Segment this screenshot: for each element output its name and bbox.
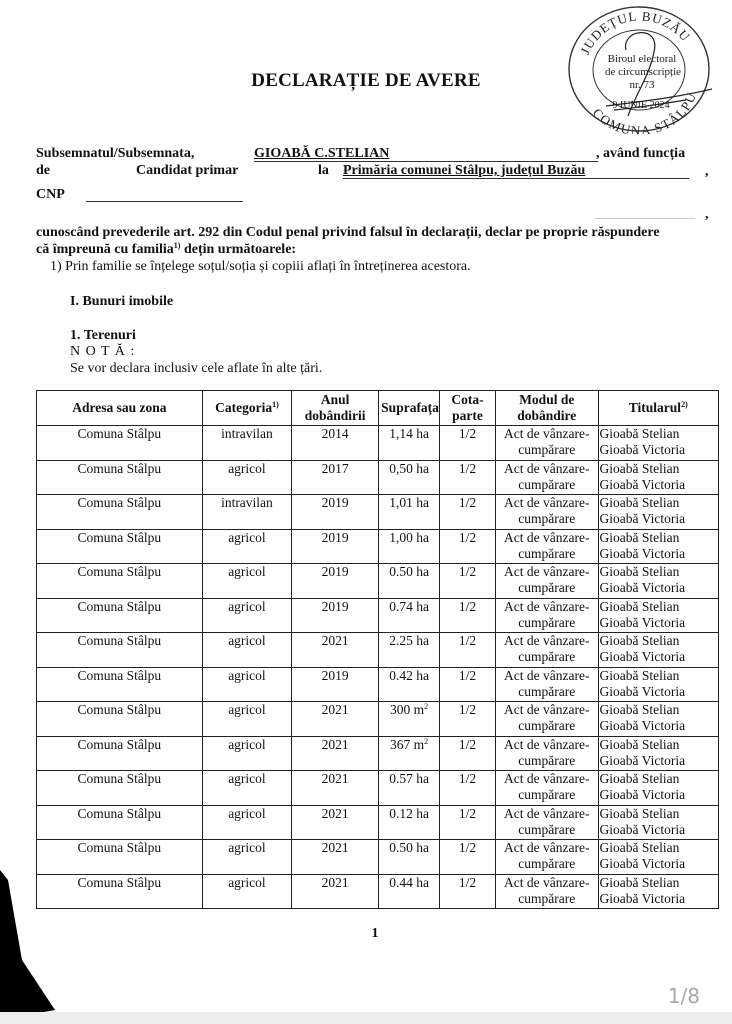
cell-cota: 1/2 — [439, 874, 495, 909]
column-header: Adresa sau zona — [37, 391, 203, 426]
column-header: Cota-parte — [439, 391, 495, 426]
cell-modul: Act de vânzare-cumpărare — [496, 495, 599, 530]
cell-titular: Gioabă StelianGioabă Victoria — [598, 495, 718, 530]
label-cnp: CNP — [36, 186, 65, 203]
cell-suprafata: 1,01 ha — [379, 495, 440, 530]
cell-titular: Gioabă StelianGioabă Victoria — [598, 667, 718, 702]
cell-suprafata: 367 m2 — [379, 736, 440, 771]
cell-cota: 1/2 — [439, 771, 495, 806]
cell-anul: 2021 — [292, 874, 379, 909]
cell-anul: 2017 — [292, 460, 379, 495]
cell-cota: 1/2 — [439, 702, 495, 737]
cell-categoria: agricol — [202, 840, 291, 875]
cell-adresa: Comuna Stâlpu — [37, 805, 203, 840]
statement-line2: că împreună cu familia1) dețin următoare… — [36, 241, 296, 258]
cell-modul: Act de vânzare-cumpărare — [496, 805, 599, 840]
viewer-bottom-bar — [0, 1012, 732, 1024]
table-row: Comuna Stâlpuagricol20210.12 ha1/2Act de… — [37, 805, 719, 840]
table-row: Comuna Stâlpuagricol20190.74 ha1/2Act de… — [37, 598, 719, 633]
cell-anul: 2019 — [292, 598, 379, 633]
cell-titular: Gioabă StelianGioabă Victoria — [598, 598, 718, 633]
page-indicator: 1/8 — [668, 984, 700, 1008]
label-de: de — [36, 162, 50, 179]
comma: , — [705, 163, 709, 180]
cell-modul: Act de vânzare-cumpărare — [496, 702, 599, 737]
cell-suprafata: 2.25 ha — [379, 633, 440, 668]
table-row: Comuna Stâlpuintravilan20141,14 ha1/2Act… — [37, 426, 719, 461]
table-row: Comuna Stâlpuagricol20190.42 ha1/2Act de… — [37, 667, 719, 702]
label-la: la — [318, 162, 329, 179]
cell-suprafata: 0.44 ha — [379, 874, 440, 909]
cell-categoria: agricol — [202, 874, 291, 909]
cell-titular: Gioabă StelianGioabă Victoria — [598, 564, 718, 599]
cell-anul: 2021 — [292, 702, 379, 737]
cell-cota: 1/2 — [439, 598, 495, 633]
cell-modul: Act de vânzare-cumpărare — [496, 736, 599, 771]
cell-categoria: agricol — [202, 667, 291, 702]
cell-cota: 1/2 — [439, 564, 495, 599]
stamp-line2: de circumscripție — [605, 66, 681, 78]
cell-suprafata: 1,14 ha — [379, 426, 440, 461]
cell-categoria: agricol — [202, 702, 291, 737]
cell-cota: 1/2 — [439, 460, 495, 495]
cell-titular: Gioabă StelianGioabă Victoria — [598, 702, 718, 737]
cell-adresa: Comuna Stâlpu — [37, 771, 203, 806]
cell-anul: 2021 — [292, 771, 379, 806]
column-header: Modul dedobândire — [496, 391, 599, 426]
cell-modul: Act de vânzare-cumpărare — [496, 874, 599, 909]
table-row: Comuna Stâlpuagricol20191,00 ha1/2Act de… — [37, 529, 719, 564]
table-row: Comuna Stâlpuagricol20190.50 ha1/2Act de… — [37, 564, 719, 599]
cell-cota: 1/2 — [439, 633, 495, 668]
cell-suprafata: 0.57 ha — [379, 771, 440, 806]
cell-cota: 1/2 — [439, 667, 495, 702]
declarant-name: GIOABĂ C.STELIAN — [254, 145, 389, 162]
cell-categoria: intravilan — [202, 426, 291, 461]
cell-adresa: Comuna Stâlpu — [37, 426, 203, 461]
cell-cota: 1/2 — [439, 840, 495, 875]
cell-adresa: Comuna Stâlpu — [37, 495, 203, 530]
cell-cota: 1/2 — [439, 529, 495, 564]
cell-titular: Gioabă StelianGioabă Victoria — [598, 771, 718, 806]
cell-anul: 2014 — [292, 426, 379, 461]
cell-cota: 1/2 — [439, 805, 495, 840]
official-stamp: JUDEȚUL BUZĂU COMUNA STÂLPU Biroul elect… — [566, 4, 712, 134]
cell-modul: Act de vânzare-cumpărare — [496, 426, 599, 461]
declarant-institution: Primăria comunei Stâlpu, județul Buzău — [343, 162, 585, 179]
footnote-family: 1) Prin familie se înțelege soțul/soția … — [50, 258, 471, 275]
cell-anul: 2021 — [292, 840, 379, 875]
table-row: Comuna Stâlpuagricol20210.44 ha1/2Act de… — [37, 874, 719, 909]
declarant-function: Candidat primar — [136, 162, 238, 179]
terenuri-table: Adresa sau zonaCategoria1)Anuldobândirii… — [36, 390, 719, 909]
cell-titular: Gioabă StelianGioabă Victoria — [598, 805, 718, 840]
cell-adresa: Comuna Stâlpu — [37, 460, 203, 495]
cell-titular: Gioabă StelianGioabă Victoria — [598, 840, 718, 875]
cell-titular: Gioabă StelianGioabă Victoria — [598, 874, 718, 909]
cell-categoria: agricol — [202, 460, 291, 495]
cell-modul: Act de vânzare-cumpărare — [496, 460, 599, 495]
cell-titular: Gioabă StelianGioabă Victoria — [598, 460, 718, 495]
cell-adresa: Comuna Stâlpu — [37, 702, 203, 737]
page-number: 1 — [0, 926, 732, 942]
table-row: Comuna Stâlpuagricol2021367 m21/2Act de … — [37, 736, 719, 771]
table-row: Comuna Stâlpuagricol2021300 m21/2Act de … — [37, 702, 719, 737]
cell-anul: 2019 — [292, 529, 379, 564]
cell-suprafata: 0.42 ha — [379, 667, 440, 702]
cell-categoria: agricol — [202, 805, 291, 840]
subsection-title: 1. Terenuri — [70, 327, 136, 344]
cell-categoria: intravilan — [202, 495, 291, 530]
cell-modul: Act de vânzare-cumpărare — [496, 840, 599, 875]
cell-suprafata: 0,50 ha — [379, 460, 440, 495]
cell-adresa: Comuna Stâlpu — [37, 633, 203, 668]
section-title: I. Bunuri imobile — [70, 293, 173, 310]
column-header: Suprafața — [379, 391, 440, 426]
cell-anul: 2021 — [292, 805, 379, 840]
column-header: Anuldobândirii — [292, 391, 379, 426]
table-row: Comuna Stâlpuagricol20210.50 ha1/2Act de… — [37, 840, 719, 875]
cell-anul: 2019 — [292, 495, 379, 530]
cell-categoria: agricol — [202, 633, 291, 668]
label-functia: , având funcția — [596, 145, 685, 162]
cell-titular: Gioabă StelianGioabă Victoria — [598, 426, 718, 461]
cell-categoria: agricol — [202, 598, 291, 633]
cell-cota: 1/2 — [439, 736, 495, 771]
cell-anul: 2019 — [292, 564, 379, 599]
stamp-bottom-text: COMUNA STÂLPU — [590, 89, 700, 134]
cell-adresa: Comuna Stâlpu — [37, 840, 203, 875]
cell-anul: 2021 — [292, 633, 379, 668]
cell-modul: Act de vânzare-cumpărare — [496, 771, 599, 806]
cell-suprafata: 300 m2 — [379, 702, 440, 737]
label-subsemnatul: Subsemnatul/Subsemnata, — [36, 145, 194, 162]
cell-categoria: agricol — [202, 771, 291, 806]
statement-line1: cunoscând prevederile art. 292 din Codul… — [36, 224, 660, 241]
table-header-row: Adresa sau zonaCategoria1)Anuldobândirii… — [37, 391, 719, 426]
cell-suprafata: 1,00 ha — [379, 529, 440, 564]
cell-titular: Gioabă StelianGioabă Victoria — [598, 529, 718, 564]
cell-modul: Act de vânzare-cumpărare — [496, 529, 599, 564]
nota-label: N O T Ă : — [70, 343, 135, 360]
cell-modul: Act de vânzare-cumpărare — [496, 633, 599, 668]
cell-modul: Act de vânzare-cumpărare — [496, 564, 599, 599]
cnp-blank-line — [86, 201, 243, 202]
cell-modul: Act de vânzare-cumpărare — [496, 667, 599, 702]
svg-text:COMUNA STÂLPU: COMUNA STÂLPU — [590, 89, 700, 134]
cell-adresa: Comuna Stâlpu — [37, 564, 203, 599]
cell-adresa: Comuna Stâlpu — [37, 667, 203, 702]
cell-modul: Act de vânzare-cumpărare — [496, 598, 599, 633]
table-row: Comuna Stâlpuintravilan20191,01 ha1/2Act… — [37, 495, 719, 530]
cell-anul: 2021 — [292, 736, 379, 771]
nota-text: Se vor declara inclusiv cele aflate în a… — [70, 360, 322, 377]
cell-adresa: Comuna Stâlpu — [37, 736, 203, 771]
column-header: Titularul2) — [598, 391, 718, 426]
cell-categoria: agricol — [202, 529, 291, 564]
cell-suprafata: 0.50 ha — [379, 840, 440, 875]
cell-suprafata: 0.12 ha — [379, 805, 440, 840]
table-row: Comuna Stâlpuagricol20212.25 ha1/2Act de… — [37, 633, 719, 668]
table-row: Comuna Stâlpuagricol20210.57 ha1/2Act de… — [37, 771, 719, 806]
table-body: Comuna Stâlpuintravilan20141,14 ha1/2Act… — [37, 426, 719, 909]
cell-suprafata: 0.50 ha — [379, 564, 440, 599]
cell-cota: 1/2 — [439, 426, 495, 461]
cell-adresa: Comuna Stâlpu — [37, 529, 203, 564]
cell-categoria: agricol — [202, 564, 291, 599]
stamp-line1: Biroul electoral — [608, 53, 677, 65]
cell-adresa: Comuna Stâlpu — [37, 598, 203, 633]
column-header: Categoria1) — [202, 391, 291, 426]
cell-anul: 2019 — [292, 667, 379, 702]
table-row: Comuna Stâlpuagricol20170,50 ha1/2Act de… — [37, 460, 719, 495]
cell-titular: Gioabă StelianGioabă Victoria — [598, 736, 718, 771]
cell-titular: Gioabă StelianGioabă Victoria — [598, 633, 718, 668]
cell-suprafata: 0.74 ha — [379, 598, 440, 633]
cell-cota: 1/2 — [439, 495, 495, 530]
page-curl-shadow — [0, 870, 70, 1020]
cell-categoria: agricol — [202, 736, 291, 771]
